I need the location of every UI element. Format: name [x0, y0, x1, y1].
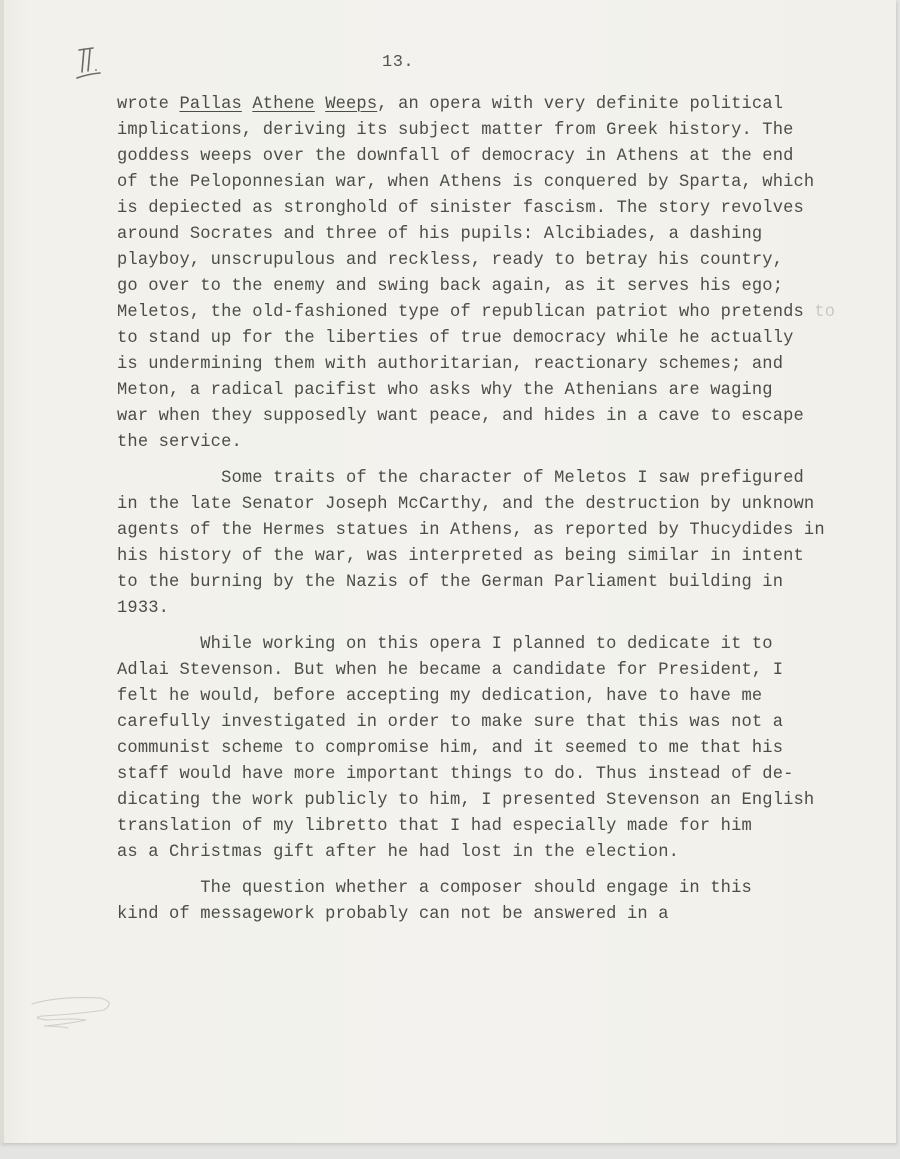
pencil-scribble-icon — [18, 988, 118, 1038]
faint-overflow-text: to — [804, 303, 835, 322]
text-line: is undermining them with authoritarian, … — [117, 352, 877, 378]
document-body: wrote Pallas Athene Weeps, an opera with… — [117, 92, 877, 928]
underlined-title-word: Pallas — [179, 95, 241, 114]
text-line: is depiected as stronghold of sinister f… — [117, 196, 877, 222]
paragraph: The question whether a composer should e… — [117, 876, 877, 928]
text-line: While working on this opera I planned to… — [117, 632, 877, 658]
text-line: Meletos, the old-fashioned type of repub… — [117, 300, 877, 326]
handwritten-roman-numeral-icon — [76, 44, 120, 84]
text-line: 1933. — [117, 596, 877, 622]
text-line: the service. — [117, 430, 877, 456]
text-line: agents of the Hermes statues in Athens, … — [117, 518, 877, 544]
paragraph: While working on this opera I planned to… — [117, 632, 877, 866]
paragraph-gap — [117, 622, 877, 632]
underlined-title-word: Athene — [252, 95, 314, 114]
text-line: in the late Senator Joseph McCarthy, and… — [117, 492, 877, 518]
text-line: Meton, a radical pacifist who asks why t… — [117, 378, 877, 404]
text-line: felt he would, before accepting my dedic… — [117, 684, 877, 710]
text-line: Adlai Stevenson. But when he became a ca… — [117, 658, 877, 684]
text-line: communist scheme to compromise him, and … — [117, 736, 877, 762]
text-line: dicating the work publicly to him, I pre… — [117, 788, 877, 814]
text-line: around Socrates and three of his pupils:… — [117, 222, 877, 248]
text-line: wrote Pallas Athene Weeps, an opera with… — [117, 92, 877, 118]
text-line: to the burning by the Nazis of the Germa… — [117, 570, 877, 596]
paragraph-gap — [117, 866, 877, 876]
paragraph-gap — [117, 456, 877, 466]
text-line: go over to the enemy and swing back agai… — [117, 274, 877, 300]
text-line: translation of my libretto that I had es… — [117, 814, 877, 840]
underlined-title-word: Weeps — [325, 95, 377, 114]
page-number: 13. — [382, 53, 414, 72]
text-line: as a Christmas gift after he had lost in… — [117, 840, 877, 866]
text-line: of the Peloponnesian war, when Athens is… — [117, 170, 877, 196]
text-line: war when they supposedly want peace, and… — [117, 404, 877, 430]
paragraph: Some traits of the character of Meletos … — [117, 466, 877, 622]
paragraph: wrote Pallas Athene Weeps, an opera with… — [117, 92, 877, 456]
text-line: to stand up for the liberties of true de… — [117, 326, 877, 352]
text-line: carefully investigated in order to make … — [117, 710, 877, 736]
text-line: playboy, unscrupulous and reckless, read… — [117, 248, 877, 274]
text-line: The question whether a composer should e… — [117, 876, 877, 902]
text-line: implications, deriving its subject matte… — [117, 118, 877, 144]
text-line: kind of messagework probably can not be … — [117, 902, 877, 928]
text-line: staff would have more important things t… — [117, 762, 877, 788]
text-line: his history of the war, was interpreted … — [117, 544, 877, 570]
text-line: goddess weeps over the downfall of democ… — [117, 144, 877, 170]
document-page: 13. wrote Pallas Athene Weeps, an opera … — [0, 0, 896, 1143]
text-line: Some traits of the character of Meletos … — [117, 466, 877, 492]
